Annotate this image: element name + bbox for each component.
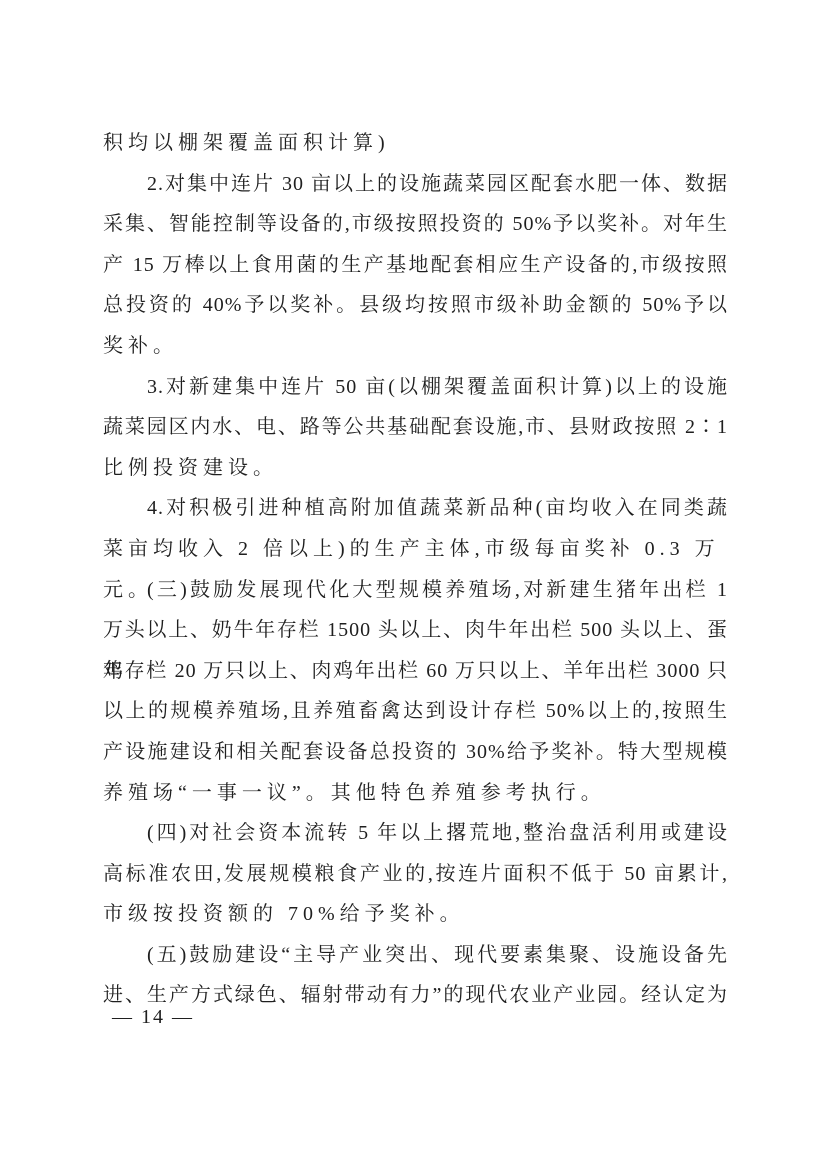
text-line: 高标准农田,发展规模粮食产业的,按连片面积不低于 50 亩累计,: [103, 854, 728, 895]
text-line: 积均以棚架覆盖面积计算): [103, 123, 728, 164]
text-line: 年存栏 20 万只以上、肉鸡年出栏 60 万只以上、羊年出栏 3000 只: [103, 651, 728, 692]
text-line: 以上的规模养殖场,且养殖畜禽达到设计存栏 50%以上的,按照生: [103, 691, 728, 732]
text-line: 2.对集中连片 30 亩以上的设施蔬菜园区配套水肥一体、数据: [103, 164, 728, 205]
text-line: 3.对新建集中连片 50 亩(以棚架覆盖面积计算)以上的设施: [103, 367, 728, 408]
text-line: 4.对积极引进种植高附加值蔬菜新品种(亩均收入在同类蔬: [103, 488, 728, 529]
text-line: 菜亩均收入 2 倍以上)的生产主体,市级每亩奖补 0.3 万元。: [103, 529, 728, 570]
text-line: 进、生产方式绿色、辐射带动有力”的现代农业产业园。经认定为: [103, 975, 728, 1016]
text-line: 市级按投资额的 70%给予奖补。: [103, 894, 728, 935]
text-line: 产 15 万棒以上食用菌的生产基地配套相应生产设备的,市级按照: [103, 245, 728, 286]
text-line: (三)鼓励发展现代化大型规模养殖场,对新建生猪年出栏 1: [103, 570, 728, 611]
text-line: 比例投资建设。: [103, 448, 728, 489]
text-line: 养殖场“一事一议”。其他特色养殖参考执行。: [103, 773, 728, 814]
text-line: 产设施建设和相关配套设备总投资的 30%给予奖补。特大型规模: [103, 732, 728, 773]
text-line: 总投资的 40%予以奖补。县级均按照市级补助金额的 50%予以: [103, 285, 728, 326]
text-line: 万头以上、奶牛年存栏 1500 头以上、肉牛年出栏 500 头以上、蛋鸡: [103, 610, 728, 651]
text-line: 蔬菜园区内水、电、路等公共基础配套设施,市、县财政按照 2∶1: [103, 407, 728, 448]
text-line: (五)鼓励建设“主导产业突出、现代要素集聚、设施设备先: [103, 935, 728, 976]
text-line: 采集、智能控制等设备的,市级按照投资的 50%予以奖补。对年生: [103, 204, 728, 245]
text-line: (四)对社会资本流转 5 年以上撂荒地,整治盘活利用或建设: [103, 813, 728, 854]
text-line: 奖补。: [103, 326, 728, 367]
page-number: — 14 —: [112, 1003, 194, 1031]
document-page: 积均以棚架覆盖面积计算) 2.对集中连片 30 亩以上的设施蔬菜园区配套水肥一体…: [0, 0, 826, 1169]
document-body: 积均以棚架覆盖面积计算) 2.对集中连片 30 亩以上的设施蔬菜园区配套水肥一体…: [103, 123, 728, 1016]
